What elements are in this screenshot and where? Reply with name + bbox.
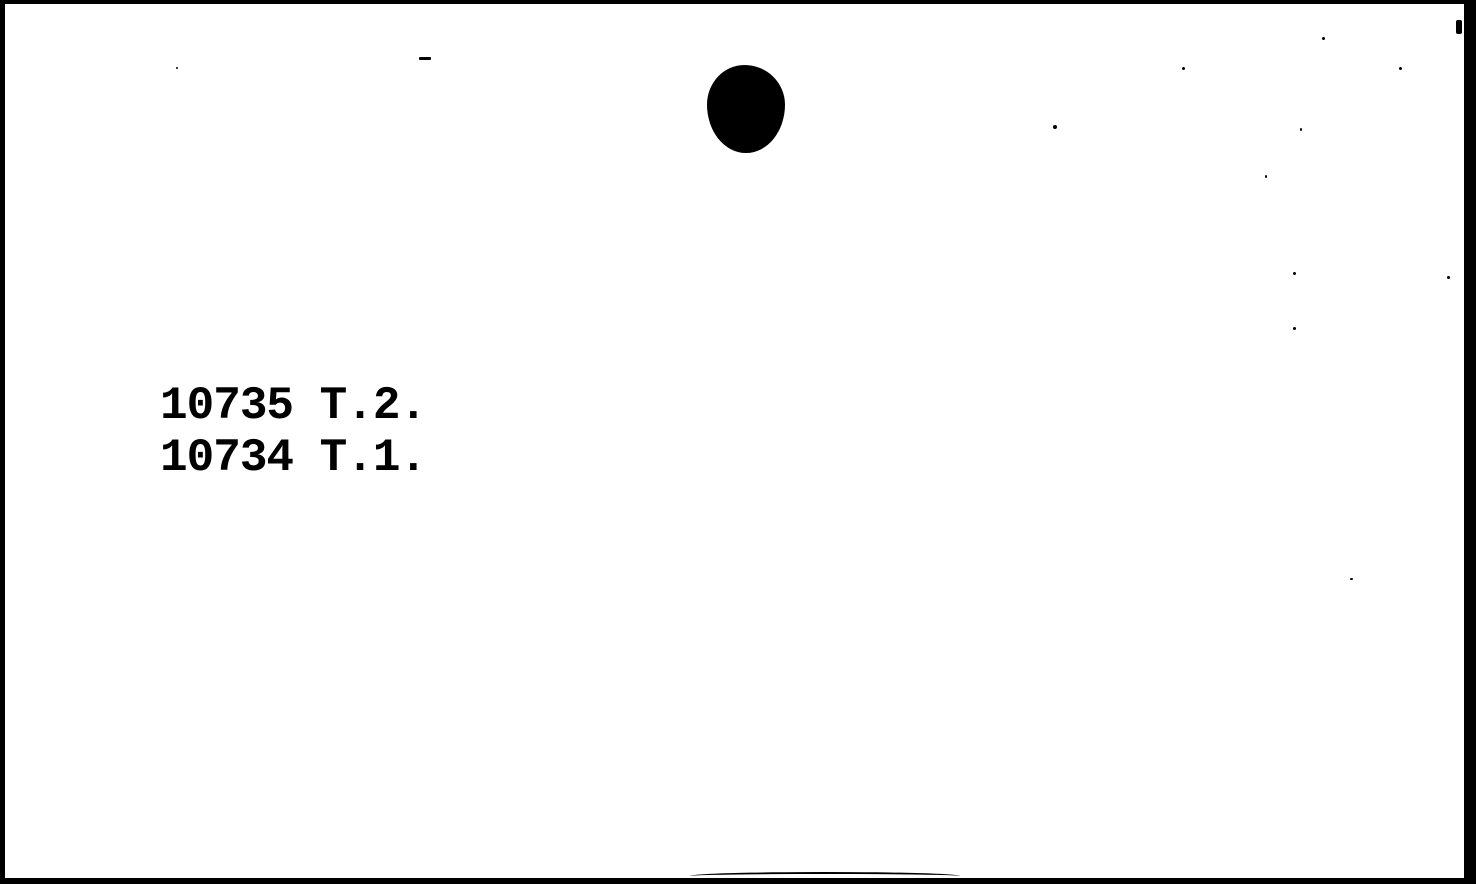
scan-speck (1322, 37, 1325, 40)
typed-entry-line: 10735 T.2. (160, 380, 426, 432)
typed-entries: 10735 T.2. 10734 T.1. (160, 380, 426, 484)
scan-speck (176, 67, 178, 69)
scan-speck (1456, 20, 1462, 34)
scan-speck (1182, 67, 1185, 70)
typed-entry-line: 10734 T.1. (160, 432, 426, 484)
scan-speck (1293, 327, 1296, 330)
scan-speck (1350, 578, 1353, 580)
scan-speck (1053, 125, 1057, 129)
scan-speck (1265, 175, 1267, 178)
scan-speck (1293, 272, 1296, 275)
scan-speck (419, 57, 431, 60)
scan-speck (1300, 128, 1302, 131)
scan-border (1464, 0, 1476, 884)
scan-speck (1447, 276, 1450, 279)
scan-speck (1399, 67, 1402, 70)
scan-smudge (690, 872, 960, 880)
